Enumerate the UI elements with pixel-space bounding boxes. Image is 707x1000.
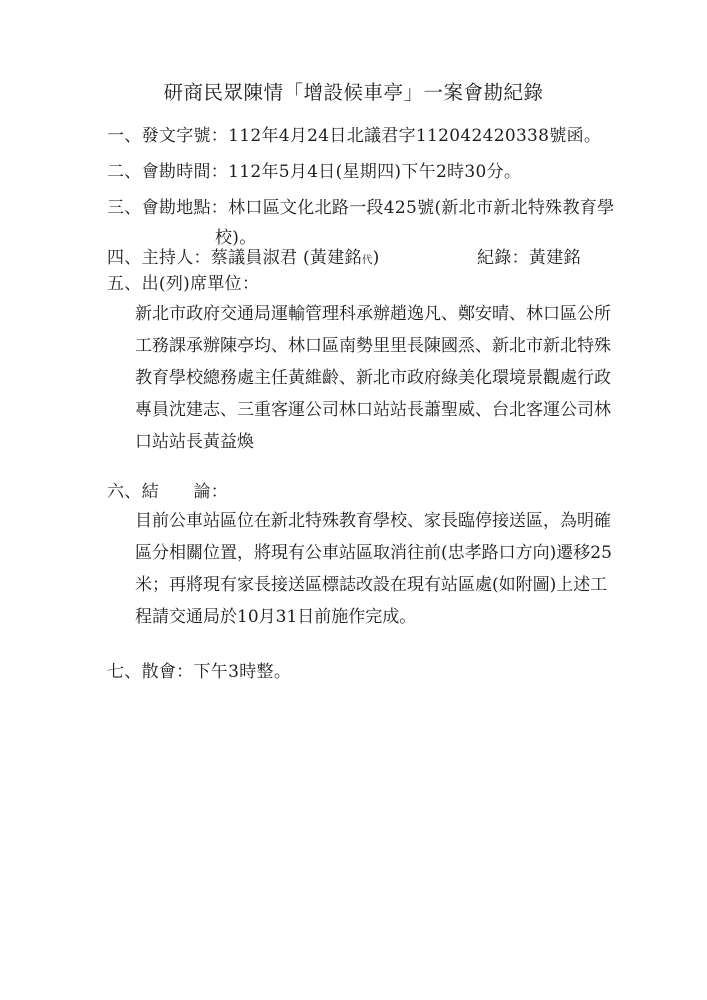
- conclusion-line: 目前公車站區位在新北特殊教育學校、家長臨停接送區，為明確: [135, 505, 612, 537]
- recorder-text: 紀錄：黃建銘: [477, 246, 581, 270]
- host-paren-close: ): [373, 248, 380, 268]
- conclusion-line: 程請交通局於10月31日前施作完成。: [135, 601, 612, 633]
- item-meeting-time: 二、會勘時間：112年5月4日(星期四)下午2時30分。: [107, 160, 521, 184]
- attendees-line: 工務課承辦陳亭均、林口區南勢里里長陳國烝、新北市新北特殊: [135, 330, 611, 362]
- item-attendees-heading: 五、出(列)席單位：: [107, 272, 259, 296]
- item-conclusion-heading: 六、結 論：: [107, 480, 228, 504]
- item-adjournment: 七、散會：下午3時整。: [107, 660, 291, 684]
- document-page: 研商民眾陳情「增設候車亭」一案會勘紀錄 一、發文字號：112年4月24日北議君字…: [0, 0, 707, 1000]
- conclusion-line: 米；再將現有家長接送區標誌改設在現有站區處(如附圖)上述工: [135, 569, 612, 601]
- item-meeting-location-line1: 三、會勘地點：林口區文化北路一段425號(新北市新北特殊教育學: [107, 196, 614, 220]
- attendees-paragraph: 新北市政府交通局運輸管理科承辦趙逸凡、鄭安晴、林口區公所 工務課承辦陳亭均、林口…: [135, 298, 611, 458]
- conclusion-paragraph: 目前公車站區位在新北特殊教育學校、家長臨停接送區，為明確 區分相關位置，將現有公…: [135, 505, 612, 633]
- attendees-line: 新北市政府交通局運輸管理科承辦趙逸凡、鄭安晴、林口區公所: [135, 298, 611, 330]
- item-issue-number: 一、發文字號：112年4月24日北議君字112042420338號函。: [107, 124, 601, 148]
- deputy-mark: 代: [362, 254, 373, 266]
- document-title: 研商民眾陳情「增設候車亭」一案會勘紀錄: [0, 80, 707, 106]
- item-host: 四、主持人：蔡議員淑君 (黃建銘代) 紀錄：黃建銘: [107, 246, 600, 272]
- host-name-text: 四、主持人：蔡議員淑君 (黃建銘: [107, 248, 362, 268]
- attendees-line: 口站站長黃益煥: [135, 426, 611, 458]
- attendees-line: 教育學校總務處主任黃維齡、新北市政府綠美化環境景觀處行政: [135, 362, 611, 394]
- attendees-line: 專員沈建志、三重客運公司林口站站長蕭聖威、台北客運公司林: [135, 394, 611, 426]
- conclusion-line: 區分相關位置，將現有公車站區取消往前(忠孝路口方向)遷移25: [135, 537, 612, 569]
